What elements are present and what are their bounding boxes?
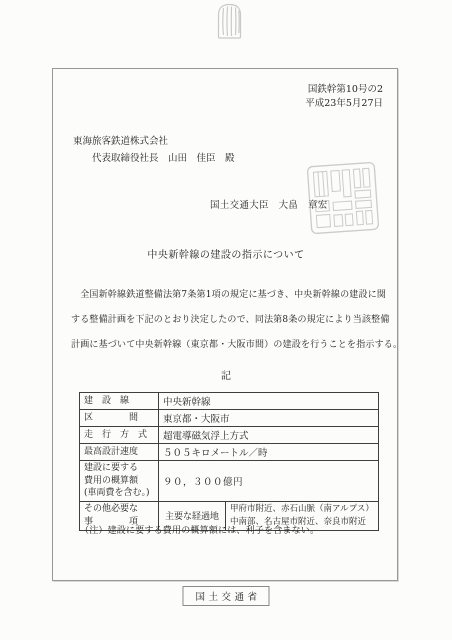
specifications-table: 建 設 線 中央新幹線 区 間 東京都・大阪市 走 行 方 式 超電導磁気浮上方… <box>79 392 379 531</box>
row-label-max-speed: 最高設計速度 <box>80 444 159 461</box>
scanned-document-page: 国鉄幹第10号の2 平成23年5月27日 東海旅客鉄道株式会社 代表取締役社長 … <box>0 0 452 640</box>
body-paragraph: 全国新幹線鉄道整備法第7条第1項の規定に基づき、中央新幹線の建設に関 する整備計… <box>71 283 401 358</box>
document-date: 平成23年5月27日 <box>305 97 383 111</box>
recipient-person: 代表取締役社長 山田 佳臣 殿 <box>92 151 235 166</box>
row-value-cost: ９０，３００億円 <box>159 461 379 502</box>
document-reference-block: 国鉄幹第10号の2 平成23年5月27日 <box>305 83 383 111</box>
row-label-cost: 建設に要する 費用の概算額 (車両費を含む。) <box>80 461 159 502</box>
binding-stamp-icon <box>214 2 245 39</box>
document-number: 国鉄幹第10号の2 <box>305 83 383 97</box>
footer-agency-stamp: 国土交通省 <box>182 586 269 606</box>
row-value-max-speed: ５０５キロメートル／時 <box>159 444 379 461</box>
row-label-section: 区 間 <box>80 410 159 427</box>
row-value-system: 超電導磁気浮上方式 <box>159 427 379 444</box>
table-row: 区 間 東京都・大阪市 <box>80 410 379 427</box>
table-row: 走 行 方 式 超電導磁気浮上方式 <box>80 427 379 444</box>
document-title: 中央新幹線の建設の指示について <box>0 246 452 261</box>
list-marker: 記 <box>0 367 452 382</box>
recipient-company: 東海旅客鉄道株式会社 <box>73 134 235 149</box>
table-row: 最高設計速度 ５０５キロメートル／時 <box>80 444 379 461</box>
table-row: 建設に要する 費用の概算額 (車両費を含む。) ９０，３００億円 <box>80 461 379 502</box>
row-label-system: 走 行 方 式 <box>80 427 159 444</box>
footnote: （注）建設に要する費用の概算額には、利子を含まない。 <box>80 523 319 536</box>
recipient-block: 東海旅客鉄道株式会社 代表取締役社長 山田 佳臣 殿 <box>73 134 235 166</box>
sender-minister-line: 国土交通大臣 大畠 章宏 <box>210 197 328 211</box>
table-row: 建 設 線 中央新幹線 <box>80 393 379 410</box>
row-value-construction-line: 中央新幹線 <box>159 393 379 410</box>
row-label-construction-line: 建 設 線 <box>80 393 159 410</box>
row-value-section: 東京都・大阪市 <box>159 410 379 427</box>
